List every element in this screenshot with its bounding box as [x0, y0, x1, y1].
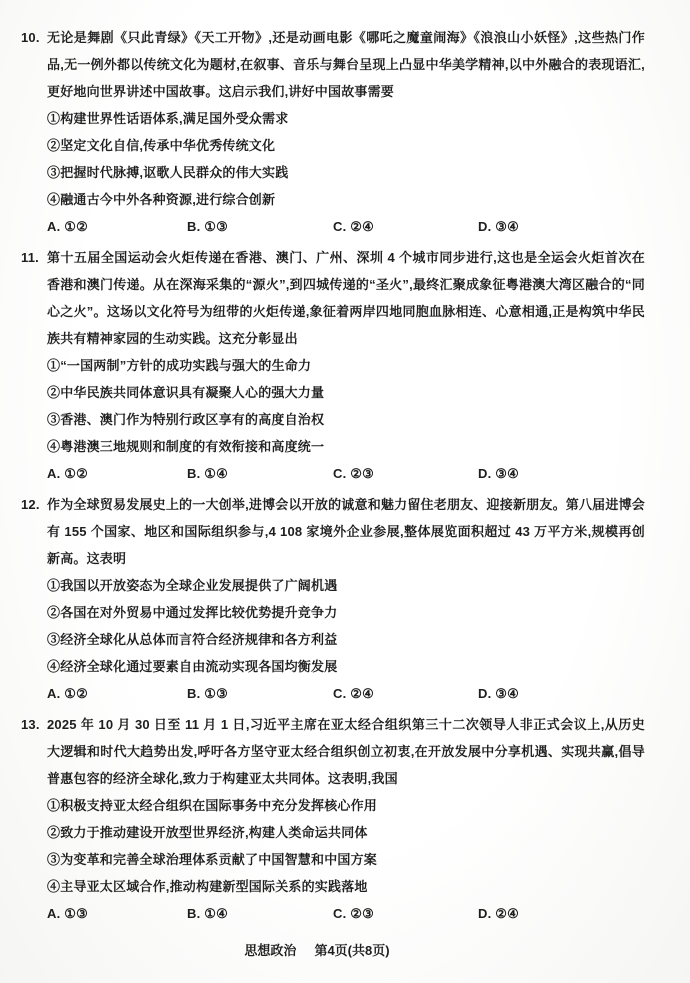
option-item-4: ④融通古今中外各种资源,进行综合创新: [47, 186, 645, 213]
choices-row: A. ①② B. ①③ C. ②④ D. ③④: [47, 213, 645, 240]
option-item-3: ③为变革和完善全球治理体系贡献了中国智慧和中国方案: [47, 846, 645, 873]
choice-a: A. ①③: [47, 900, 187, 927]
page-footer: 思想政治第4页(共8页): [0, 941, 662, 961]
choice-b: B. ①③: [187, 213, 333, 240]
option-items: ①“一国两制”方针的成功实践与强大的生命力 ②中华民族共同体意识具有凝聚人心的强…: [47, 352, 645, 460]
option-item-1: ①构建世界性话语体系,满足国外受众需求: [47, 105, 645, 132]
choice-b: B. ①③: [187, 680, 333, 707]
choice-d: D. ③④: [478, 213, 645, 240]
choices-row: A. ①③ B. ①④ C. ②③ D. ②④: [47, 900, 645, 927]
option-item-4: ④主导亚太区域合作,推动构建新型国际关系的实践落地: [47, 873, 645, 900]
choice-a: A. ①②: [47, 460, 187, 487]
option-items: ①我国以开放姿态为全球企业发展提供了广阔机遇 ②各国在对外贸易中通过发挥比较优势…: [47, 572, 645, 680]
question-stem: 2025 年 10 月 30 日至 11 月 1 日,习近平主席在亚太经合组织第…: [47, 711, 645, 792]
option-item-2: ②致力于推动建设开放型世界经济,构建人类命运共同体: [47, 819, 645, 846]
option-item-2: ②各国在对外贸易中通过发挥比较优势提升竞争力: [47, 599, 645, 626]
question-number: 10.: [21, 24, 40, 51]
choice-d: D. ③④: [478, 680, 645, 707]
question-number: 12.: [21, 491, 40, 518]
question-stem: 无论是舞剧《只此青绿》《天工开物》,还是动画电影《哪吒之魔童闹海》《浪浪山小妖怪…: [47, 24, 645, 105]
option-item-4: ④经济全球化通过要素自由流动实现各国均衡发展: [47, 653, 645, 680]
question-stem: 作为全球贸易发展史上的一大创举,进博会以开放的诚意和魅力留住老朋友、迎接新朋友。…: [47, 491, 645, 572]
choices-row: A. ①② B. ①④ C. ②③ D. ③④: [47, 460, 645, 487]
choice-c: C. ②③: [333, 460, 478, 487]
question-11: 11. 第十五届全国运动会火炬传递在香港、澳门、广州、深圳 4 个城市同步进行,…: [47, 244, 645, 487]
question-13: 13. 2025 年 10 月 30 日至 11 月 1 日,习近平主席在亚太经…: [47, 711, 645, 927]
question-12: 12. 作为全球贸易发展史上的一大创举,进博会以开放的诚意和魅力留住老朋友、迎接…: [47, 491, 645, 707]
choice-b: B. ①④: [187, 900, 333, 927]
option-item-2: ②中华民族共同体意识具有凝聚人心的强大力量: [47, 379, 645, 406]
option-item-1: ①积极支持亚太经合组织在国际事务中充分发挥核心作用: [47, 792, 645, 819]
option-items: ①积极支持亚太经合组织在国际事务中充分发挥核心作用 ②致力于推动建设开放型世界经…: [47, 792, 645, 900]
question-10: 10. 无论是舞剧《只此青绿》《天工开物》,还是动画电影《哪吒之魔童闹海》《浪浪…: [47, 24, 645, 240]
footer-subject: 思想政治: [244, 943, 296, 958]
exam-page: 10. 无论是舞剧《只此青绿》《天工开物》,还是动画电影《哪吒之魔童闹海》《浪浪…: [0, 0, 690, 983]
choices-row: A. ①② B. ①③ C. ②④ D. ③④: [47, 680, 645, 707]
choice-c: C. ②③: [333, 900, 478, 927]
choice-b: B. ①④: [187, 460, 333, 487]
question-number: 13.: [21, 711, 40, 738]
choice-a: A. ①②: [47, 680, 187, 707]
option-item-3: ③经济全球化从总体而言符合经济规律和各方利益: [47, 626, 645, 653]
choice-a: A. ①②: [47, 213, 187, 240]
footer-page-info: 第4页(共8页): [314, 943, 389, 958]
option-item-3: ③香港、澳门作为特别行政区享有的高度自治权: [47, 406, 645, 433]
option-item-1: ①我国以开放姿态为全球企业发展提供了广阔机遇: [47, 572, 645, 599]
option-item-1: ①“一国两制”方针的成功实践与强大的生命力: [47, 352, 645, 379]
choice-d: D. ③④: [478, 460, 645, 487]
option-item-2: ②坚定文化自信,传承中华优秀传统文化: [47, 132, 645, 159]
option-item-4: ④粤港澳三地规则和制度的有效衔接和高度统一: [47, 433, 645, 460]
choice-c: C. ②④: [333, 680, 478, 707]
choice-d: D. ②④: [478, 900, 645, 927]
option-item-3: ③把握时代脉搏,讴歌人民群众的伟大实践: [47, 159, 645, 186]
question-number: 11.: [21, 244, 39, 271]
question-stem: 第十五届全国运动会火炬传递在香港、澳门、广州、深圳 4 个城市同步进行,这也是全…: [47, 244, 645, 352]
option-items: ①构建世界性话语体系,满足国外受众需求 ②坚定文化自信,传承中华优秀传统文化 ③…: [47, 105, 645, 213]
questions-column: 10. 无论是舞剧《只此青绿》《天工开物》,还是动画电影《哪吒之魔童闹海》《浪浪…: [47, 24, 645, 931]
choice-c: C. ②④: [333, 213, 478, 240]
